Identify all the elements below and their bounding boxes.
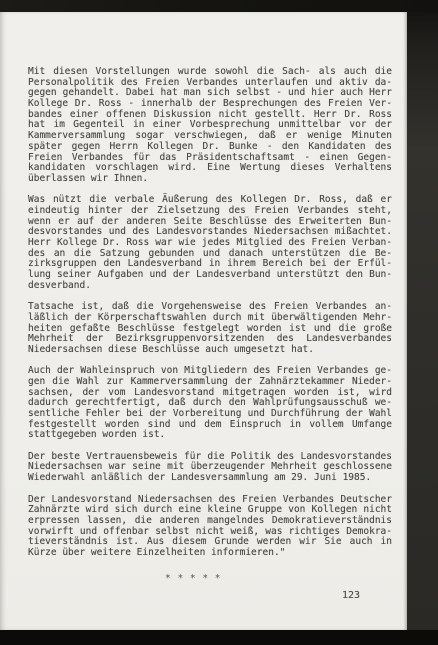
text-line: überlassen wir Ihnen. [28,174,392,185]
paragraph: Mit diesen Vorstellungen wurde sowohl di… [28,67,392,185]
paragraph: Der Landesvorstand Niedersachsen des Fre… [28,495,392,559]
scan-border-bottom [0,630,438,645]
scanned-page-image: Mit diesen Vorstellungen wurde sowohl di… [0,0,438,645]
paragraph: Tatsache ist, daß die Vorgehensweise des… [28,302,392,355]
text-line: später gegen Herrn Kollegen Dr. Bunke - … [28,142,392,153]
page-content: Mit diesen Vorstellungen wurde sowohl di… [28,67,392,601]
text-line: desverband. [28,281,392,292]
paragraph: Auch der Wahleinspruch von Mitgliedern d… [28,366,392,441]
text-line: erpressen lassen, die anderen mangelndes… [28,516,392,527]
text-line: stattgegeben worden ist. [28,430,392,441]
text-line: Wiederwahl anläßlich der Landesversammlu… [28,473,392,484]
page-text: Mit diesen Vorstellungen wurde sowohl di… [28,67,392,559]
section-separator-stars: * * * * * [11,573,375,584]
scan-border-right [407,12,438,630]
document-page: Mit diesen Vorstellungen wurde sowohl di… [0,12,407,630]
text-line: Kürze über weitere Einzelheiten informie… [28,548,392,559]
paragraph: Was nützt die verbale Äußerung des Kolle… [28,195,392,291]
text-line: läßlich der Körperschaftswahlen durch mi… [28,313,392,324]
paragraph: Der beste Vertrauensbeweis für die Polit… [28,452,392,484]
page-number: 123 [28,590,360,601]
scan-border-top [0,0,438,12]
text-line: Niedersachsen diese Beschlüsse auch umge… [28,345,392,356]
